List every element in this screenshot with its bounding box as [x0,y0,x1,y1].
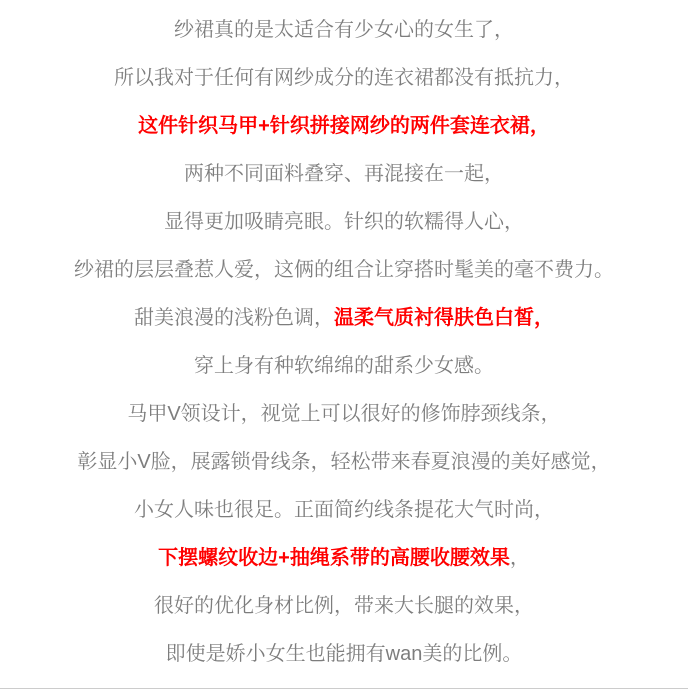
line-text: 很好的优化身材比例，带来大长腿的效果， [154,595,534,617]
line-text: 所以我对于任何有网纱成分的连衣裙都没有抵抗力， [114,67,574,89]
line-text: 纱裙的层层叠惹人爱，这俩的组合让穿搭时髦美的毫不费力。 [74,259,614,281]
text-line: 穿上身有种软绵绵的甜系少女感。 [0,342,688,390]
line-text: 即使是娇小女生也能拥有wan美的比例。 [166,643,523,665]
line-text: 显得更加吸睛亮眼。针织的软糯得人心， [164,211,524,233]
text-line: 即使是娇小女生也能拥有wan美的比例。 [0,630,688,678]
line-text: 甜美浪漫的浅粉色调， [134,307,334,329]
line-text: 马甲V领设计，视觉上可以很好的修饰脖颈线条， [127,403,560,425]
line-text: 两种不同面料叠穿、再混接在一起， [184,163,504,185]
line-text: 纱裙真的是太适合有少女心的女生了， [174,19,514,41]
text-line: 显得更加吸睛亮眼。针织的软糯得人心， [0,198,688,246]
text-line: 甜美浪漫的浅粉色调，温柔气质衬得肤色白皙， [0,294,688,342]
line-text: 小女人味也很足。正面简约线条提花大气时尚， [134,499,554,521]
text-line: 彰显小V脸，展露锁骨线条，轻松带来春夏浪漫的美好感觉， [0,438,688,486]
text-line: 小女人味也很足。正面简约线条提花大气时尚， [0,486,688,534]
line-highlight: 这件针织马甲+针织拼接网纱的两件套连衣裙， [138,115,550,137]
bottom-divider [0,688,688,689]
line-text: 穿上身有种软绵绵的甜系少女感。 [194,355,494,377]
text-line: 所以我对于任何有网纱成分的连衣裙都没有抵抗力， [0,54,688,102]
text-line: 马甲V领设计，视觉上可以很好的修饰脖颈线条， [0,390,688,438]
text-line: 两种不同面料叠穿、再混接在一起， [0,150,688,198]
line-text-suffix: ， [510,547,530,569]
line-text: 彰显小V脸，展露锁骨线条，轻松带来春夏浪漫的美好感觉， [77,451,610,473]
line-highlight: 下摆螺纹收边+抽绳系带的高腰收腰效果 [158,547,510,569]
text-line: 这件针织马甲+针织拼接网纱的两件套连衣裙， [0,102,688,150]
text-line: 纱裙的层层叠惹人爱，这俩的组合让穿搭时髦美的毫不费力。 [0,246,688,294]
product-description: 纱裙真的是太适合有少女心的女生了， 所以我对于任何有网纱成分的连衣裙都没有抵抗力… [0,0,688,678]
text-line: 很好的优化身材比例，带来大长腿的效果， [0,582,688,630]
text-line: 纱裙真的是太适合有少女心的女生了， [0,6,688,54]
text-line: 下摆螺纹收边+抽绳系带的高腰收腰效果， [0,534,688,582]
line-highlight: 温柔气质衬得肤色白皙， [334,307,554,329]
